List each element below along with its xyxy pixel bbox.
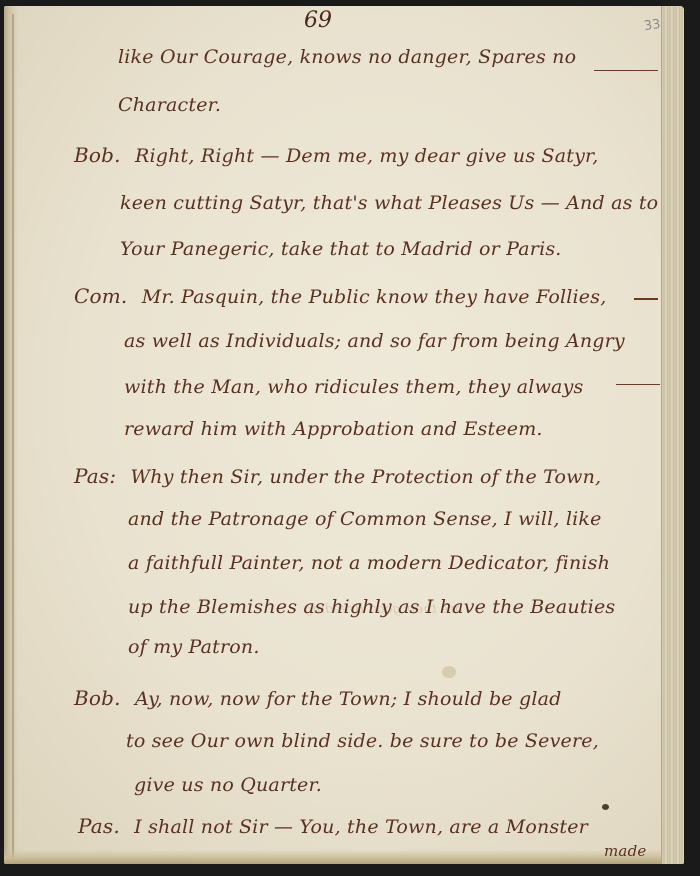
manuscript-line: up the Blemishes as highly as I have the… bbox=[128, 596, 615, 618]
manuscript-line: Bob. Ay, now, now for the Town; I should… bbox=[74, 686, 562, 710]
line-text: Character. bbox=[118, 94, 221, 116]
speaker-name: Bob. bbox=[74, 143, 121, 167]
speaker-name: Com. bbox=[74, 284, 127, 308]
line-text: as well as Individuals; and so far from … bbox=[124, 330, 625, 352]
line-text: Your Panegeric, take that to Madrid or P… bbox=[120, 238, 562, 260]
line-text: I shall not Sir — You, the Town, are a M… bbox=[134, 816, 588, 838]
manuscript-line: keen cutting Satyr, that's what Pleases … bbox=[120, 192, 658, 214]
manuscript-line: to see Our own blind side. be sure to be… bbox=[126, 730, 599, 752]
manuscript-line: Bob. Right, Right — Dem me, my dear give… bbox=[74, 143, 599, 167]
line-text: with the Man, who ridicules them, they a… bbox=[124, 376, 583, 398]
line-flourish bbox=[634, 298, 658, 300]
manuscript-page: are their good Breeding 69 33 like Our C… bbox=[4, 6, 684, 864]
manuscript-line: of my Patron. bbox=[128, 636, 260, 658]
line-text: of my Patron. bbox=[128, 636, 260, 658]
speaker-name: Pas: bbox=[74, 464, 116, 488]
line-text: give us no Quarter. bbox=[134, 774, 322, 796]
line-text: keen cutting Satyr, that's what Pleases … bbox=[120, 192, 658, 214]
line-text: Ay, now, now for the Town; I should be g… bbox=[135, 688, 562, 710]
manuscript-line: Pas. I shall not Sir — You, the Town, ar… bbox=[78, 814, 588, 838]
manuscript-line: Pas: Why then Sir, under the Protection … bbox=[74, 464, 601, 488]
manuscript-line: a faithfull Painter, not a modern Dedica… bbox=[128, 552, 610, 574]
line-text: like Our Courage, knows no danger, Spare… bbox=[118, 46, 576, 68]
line-text: to see Our own blind side. be sure to be… bbox=[126, 730, 599, 752]
manuscript-line: Com. Mr. Pasquin, the Public know they h… bbox=[74, 284, 606, 308]
manuscript-text: like Our Courage, knows no danger, Spare… bbox=[4, 6, 684, 864]
manuscript-line: give us no Quarter. bbox=[134, 774, 322, 796]
manuscript-line: Character. bbox=[118, 94, 221, 116]
line-text: Mr. Pasquin, the Public know they have F… bbox=[142, 286, 607, 308]
manuscript-line: with the Man, who ridicules them, they a… bbox=[124, 376, 583, 398]
catchword: made bbox=[604, 842, 646, 860]
line-text: reward him with Approbation and Esteem. bbox=[124, 418, 543, 440]
speaker-name: Bob. bbox=[74, 686, 121, 710]
line-text: Right, Right — Dem me, my dear give us S… bbox=[135, 145, 599, 167]
manuscript-line: and the Patronage of Common Sense, I wil… bbox=[128, 508, 602, 530]
speaker-name: Pas. bbox=[78, 814, 120, 838]
line-text: a faithfull Painter, not a modern Dedica… bbox=[128, 552, 610, 574]
line-flourish bbox=[594, 70, 658, 71]
line-text: Why then Sir, under the Protection of th… bbox=[131, 466, 602, 488]
line-text: and the Patronage of Common Sense, I wil… bbox=[128, 508, 602, 530]
manuscript-line: reward him with Approbation and Esteem. bbox=[124, 418, 543, 440]
line-text: up the Blemishes as highly as I have the… bbox=[128, 596, 615, 618]
line-text: made bbox=[604, 842, 646, 860]
line-flourish bbox=[616, 384, 660, 385]
manuscript-line: like Our Courage, knows no danger, Spare… bbox=[118, 46, 576, 68]
manuscript-line: Your Panegeric, take that to Madrid or P… bbox=[120, 238, 562, 260]
manuscript-line: as well as Individuals; and so far from … bbox=[124, 330, 625, 352]
